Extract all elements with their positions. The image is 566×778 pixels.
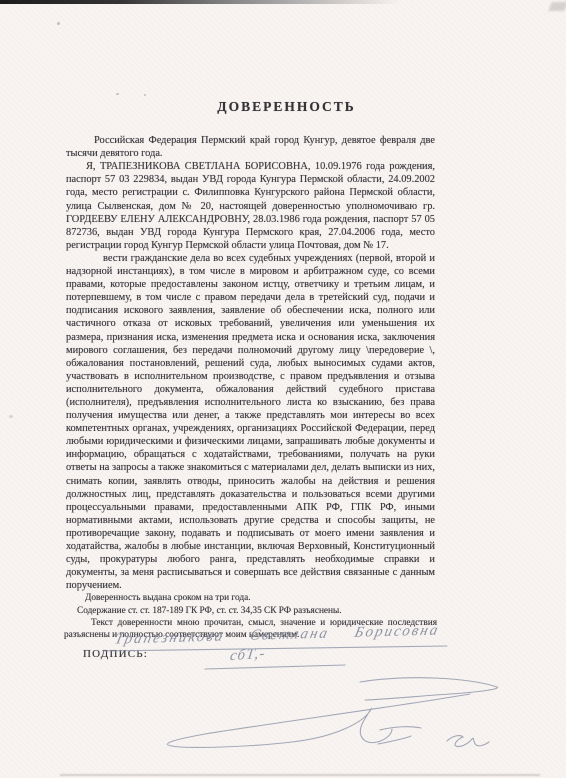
handwritten-signature-monogram: сбТ,- xyxy=(229,646,267,666)
document-title: ДОВЕРЕННОСТЬ xyxy=(66,100,435,113)
scan-artifact-bottom-edge xyxy=(60,774,540,776)
scan-speck xyxy=(9,415,13,418)
scanned-power-of-attorney-page: ДОВЕРЕННОСТЬ Российская Федерация Пермск… xyxy=(0,0,566,778)
signature-flourish xyxy=(360,678,497,700)
scan-speck xyxy=(57,22,60,25)
signature-flourish xyxy=(167,694,470,747)
document-body: ДОВЕРЕННОСТЬ Российская Федерация Пермск… xyxy=(66,0,435,661)
paragraph-principal-and-attorney: Я, ТРАПЕЗНИКОВА СВЕТЛАНА БОРИСОВНА, 10.0… xyxy=(66,160,435,252)
paragraph-place-and-date: Российская Федерация Пермский край город… xyxy=(66,134,435,160)
paragraph-granted-powers: вести гражданские дела во всех судебных … xyxy=(66,252,435,592)
line-term-of-validity: Доверенность выдана сроком на три года. xyxy=(64,592,437,604)
signature-flourish xyxy=(378,736,411,744)
signature-flourish xyxy=(380,727,421,730)
line-articles-explained: Содержание ст. ст. 187-189 ГК РФ, ст. ст… xyxy=(64,605,437,617)
monogram-underline xyxy=(205,665,345,669)
scan-artifact-corner-smudge xyxy=(548,2,566,11)
signature-flourish xyxy=(447,736,489,747)
